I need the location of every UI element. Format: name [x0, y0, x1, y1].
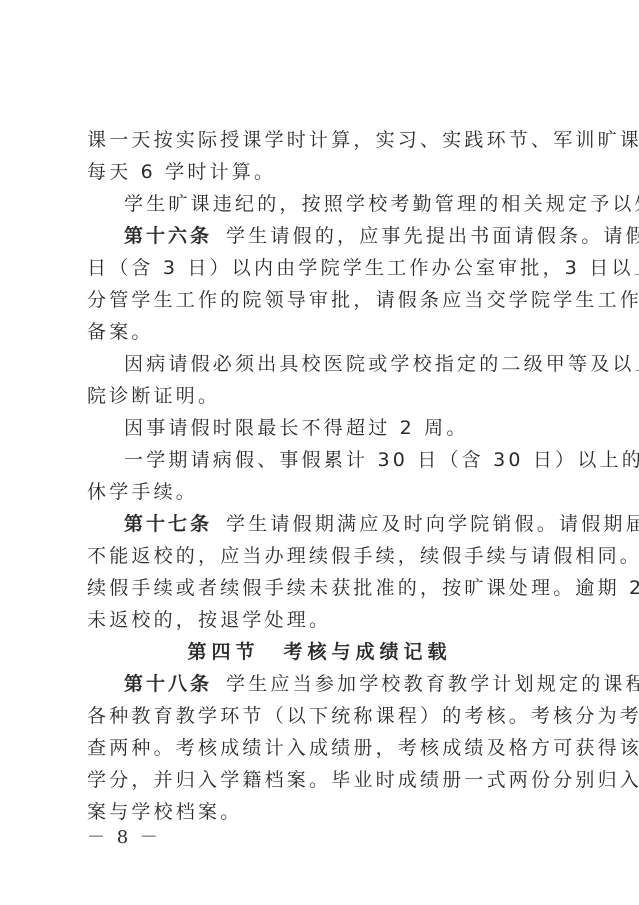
article-18-line: 第十八条学生应当参加学校教育教学计划规定的课程和 — [124, 672, 594, 696]
text-line: 因病请假必须出具校医院或学校指定的二级甲等及以上医 — [124, 352, 594, 376]
text-line: 因事请假时限最长不得超过 2 周。 — [124, 416, 594, 440]
text-line: 每天 6 学时计算。 — [87, 160, 557, 184]
text-line: 未返校的，按退学处理。 — [87, 608, 557, 632]
article-heading: 第十八条 — [124, 673, 212, 695]
text-line: 不能返校的，应当办理续假手续，续假手续与请假相同。未办理 — [87, 544, 557, 568]
article-text: 学生请假的，应事先提出书面请假条。请假 3 — [226, 225, 639, 247]
text-line: 院诊断证明。 — [87, 384, 557, 408]
section-heading: 第四节 考核与成绩记载 — [0, 640, 639, 664]
text-line: 查两种。考核成绩计入成绩册，考核成绩及格方可获得该门课程 — [87, 736, 557, 760]
text-line: 续假手续或者续假手续未获批准的，按旷课处理。逾期 2 周以上 — [87, 576, 557, 600]
text-line: 备案。 — [87, 320, 557, 344]
text-line: 课一天按实际授课学时计算，实习、实践环节、军训旷课一天按 — [87, 128, 557, 152]
page-number: － 8 － — [87, 827, 161, 849]
text-line: 学生旷课违纪的，按照学校考勤管理的相关规定予以处罚。 — [124, 192, 594, 216]
text-line: 一学期请病假、事假累计 30 日（含 30 日）以上的，应办理 — [124, 448, 594, 472]
article-16-line: 第十六条学生请假的，应事先提出书面请假条。请假 3 — [124, 224, 594, 248]
article-text: 学生请假期满应及时向学院销假。请假期届满仍 — [226, 513, 639, 535]
article-text: 学生应当参加学校教育教学计划规定的课程和 — [226, 673, 639, 695]
article-heading: 第十六条 — [124, 225, 212, 247]
text-line: 各种教育教学环节（以下统称课程）的考核。考核分为考试和考 — [87, 704, 557, 728]
article-17-line: 第十七条学生请假期满应及时向学院销假。请假期届满仍 — [124, 512, 594, 536]
text-line: 案与学校档案。 — [87, 800, 557, 824]
article-heading: 第十七条 — [124, 513, 212, 535]
text-line: 休学手续。 — [87, 480, 557, 504]
document-page: 课一天按实际授课学时计算，实习、实践环节、军训旷课一天按 每天 6 学时计算。 … — [0, 0, 639, 905]
text-line: 日（含 3 日）以内由学院学生工作办公室审批，3 日以上由学院 — [87, 256, 557, 280]
text-line: 分管学生工作的院领导审批，请假条应当交学院学生工作办公室 — [87, 288, 557, 312]
text-line: 学分，并归入学籍档案。毕业时成绩册一式两份分别归入本人档 — [87, 768, 557, 792]
